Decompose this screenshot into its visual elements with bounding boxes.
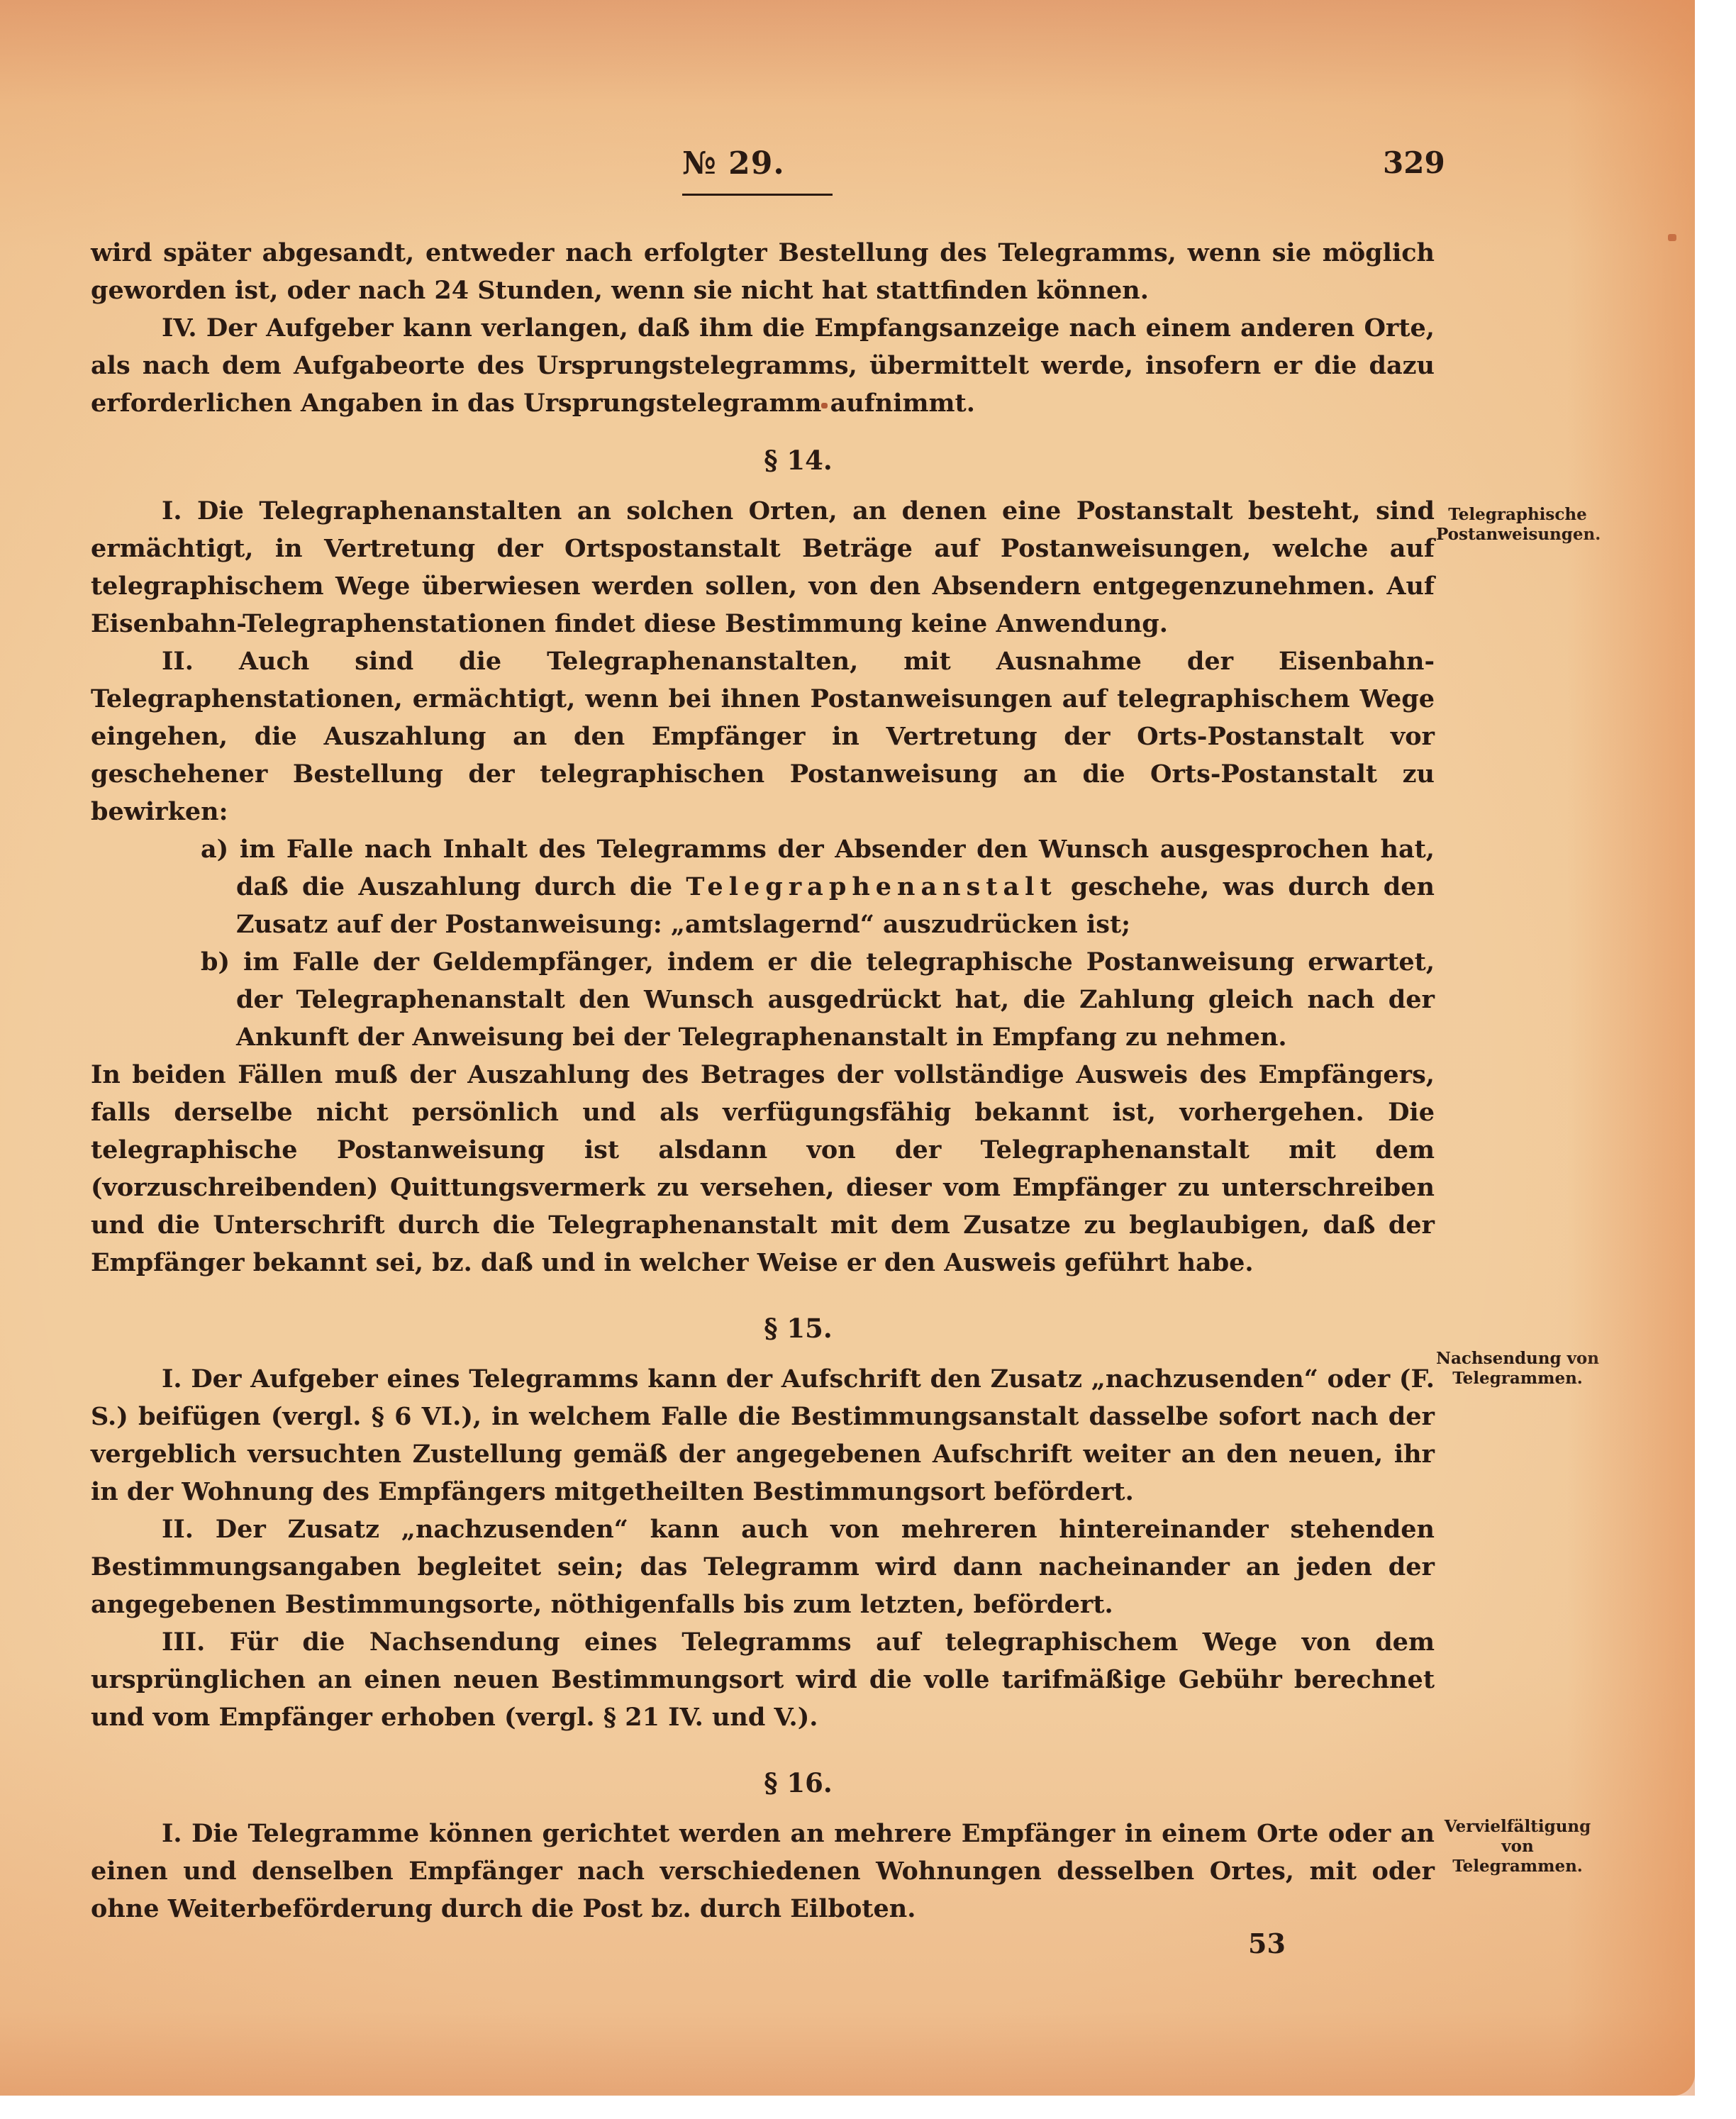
section-title-14: § 14. [91,442,1435,479]
ink-speck [1668,234,1676,241]
page-number: 329 [1383,145,1445,180]
document-body: wird später abgesandt, entweder nach erf… [91,234,1435,1928]
margin-note-telegraphic-money-orders: Telegraphische Postanweisungen. [1436,505,1599,545]
section-title-16: § 16. [91,1764,1435,1802]
item-text-spaced: Telegraphenanstalt [686,872,1057,901]
section-14-paragraph-ii: II. Auch sind die Telegraphenanstalten, … [91,643,1435,830]
ink-speck [821,403,828,408]
issue-underline [682,194,833,196]
item-text: im Falle der Geldempfänger, indem er die… [236,947,1435,1052]
section-14-item-a: a) im Falle nach Inhalt des Telegramms d… [201,830,1435,943]
issue-number: № 29. [682,145,785,182]
paragraph-iv: IV. Der Aufgeber kann verlangen, daß ihm… [91,309,1435,422]
scanned-page: № 29. 329 wird später abgesandt, entwede… [0,0,1695,2096]
margin-note-duplication: Vervielfältigung von Telegrammen. [1436,1817,1599,1876]
section-14-paragraph-i: I. Die Telegraphenanstalten an solchen O… [91,492,1435,643]
continuation-paragraph: wird später abgesandt, entweder nach erf… [91,234,1435,309]
signature-mark: 53 [1248,1928,1286,1959]
page-header: № 29. 329 [0,145,1695,209]
section-16-paragraph-i: I. Die Telegramme können gerichtet werde… [91,1815,1435,1928]
margin-note-forwarding: Nachsendung von Telegrammen. [1436,1349,1599,1389]
section-15-paragraph-iii: III. Für die Nachsendung eines Telegramm… [91,1623,1435,1736]
item-marker: b) [201,947,230,977]
section-15-paragraph-ii: II. Der Zusatz „nachzusenden“ kann auch … [91,1511,1435,1623]
section-15-paragraph-i: I. Der Aufgeber eines Telegramms kann de… [91,1360,1435,1511]
section-title-15: § 15. [91,1310,1435,1347]
section-14-closing: In beiden Fällen muß der Auszahlung des … [91,1056,1435,1281]
item-marker: a) [201,835,228,864]
section-14-item-b: b) im Falle der Geldempfänger, indem er … [201,943,1435,1056]
